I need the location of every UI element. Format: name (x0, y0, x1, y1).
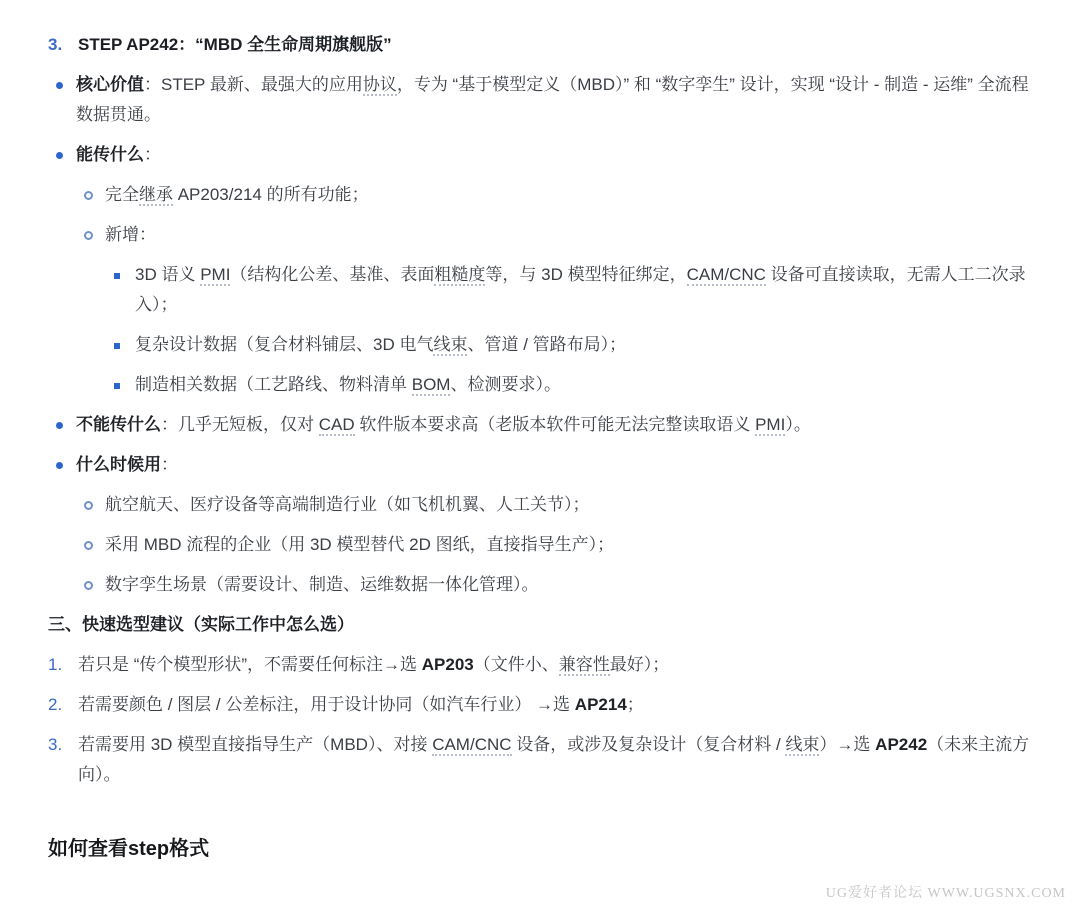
inherit-seg: 完全 (105, 185, 139, 204)
added-text: 新增： (105, 220, 1040, 250)
bullet-cannot-pass: 不能传什么：几乎无短板，仅对 CAD 软件版本要求高（老版本软件可能无法完整读取… (48, 410, 1040, 440)
cannot-pass-seg-dotted: CAD (319, 415, 355, 436)
bullet-dot-icon (56, 152, 63, 159)
heading-text: STEP AP242：“MBD 全生命周期旗舰版” (78, 30, 392, 60)
pmi-seg: 3D 语义 (135, 265, 200, 284)
core-value-seg: ：STEP 最新、最强大的应用 (144, 75, 363, 94)
rec1-seg: 最好）； (610, 655, 670, 674)
heading-quick-selection: 三、快速选型建议（实际工作中怎么选） (48, 610, 1040, 640)
rec3-seg-dotted: CAM/CNC (432, 735, 511, 756)
document-page: 3.STEP AP242：“MBD 全生命周期旗舰版” 核心价值：STEP 最新… (0, 0, 1080, 909)
cannot-pass-text: 不能传什么：几乎无短板，仅对 CAD 软件版本要求高（老版本软件可能无法完整读取… (76, 410, 1040, 440)
sub-sub-bullet-manufacturing: 制造相关数据（工艺路线、物料清单 BOM、检测要求）。 (48, 370, 1040, 400)
bullet-dot-icon (56, 422, 63, 429)
rec2-seg: ； (627, 695, 644, 714)
rec3-seg-bold: AP242 (875, 735, 927, 754)
pmi-seg-dotted: CAM/CNC (687, 265, 766, 286)
cannot-pass-seg-dotted: PMI (755, 415, 785, 436)
recommendation-1-text: 若只是 “传个模型形状”，不需要任何标注→选 AP203（文件小、兼容性最好）； (78, 650, 1040, 680)
rec1-seg: （文件小、 (474, 655, 559, 674)
can-pass-text: 能传什么： (76, 140, 1040, 170)
bullet-dot-icon (56, 462, 63, 469)
pmi-text: 3D 语义 PMI（结构化公差、基准、表面粗糙度等，与 3D 模型特征绑定，CA… (135, 260, 1040, 320)
recommendation-3: 3.若需要用 3D 模型直接指导生产（MBD）、对接 CAM/CNC 设备，或涉… (48, 730, 1040, 790)
rec1-seg: 若只是 “传个模型形状”，不需要任何标注→选 (78, 655, 422, 674)
bullet-when-use: 什么时候用： (48, 450, 1040, 480)
recommendation-2-text: 若需要颜色 / 图层 / 公差标注，用于设计协同（如汽车行业） →选 AP214… (78, 690, 1040, 720)
core-value-text: 核心价值：STEP 最新、最强大的应用协议，专为 “基于模型定义（MBD）” 和… (76, 70, 1040, 130)
inherit-seg: AP203/214 的所有功能； (173, 185, 369, 204)
bullet-square-icon (114, 383, 120, 389)
pmi-seg: （结构化公差、基准、表面 (230, 265, 434, 284)
mfg-seg: 、检测要求）。 (450, 375, 561, 394)
when-use-label: 什么时候用 (76, 455, 161, 474)
bullet-circle-icon (84, 501, 93, 510)
bullet-circle-icon (84, 191, 93, 200)
can-pass-colon: ： (144, 145, 161, 164)
recommendation-3-text: 若需要用 3D 模型直接指导生产（MBD）、对接 CAM/CNC 设备，或涉及复… (78, 730, 1040, 790)
rec3-seg: 设备，或涉及复杂设计（复合材料 / (512, 735, 786, 754)
recommendation-2: 2.若需要颜色 / 图层 / 公差标注，用于设计协同（如汽车行业） →选 AP2… (48, 690, 1040, 720)
inherit-text: 完全继承 AP203/214 的所有功能； (105, 180, 1040, 210)
complex-design-text: 复杂设计数据（复合材料铺层、3D 电气线束、管道 / 管路布局）； (135, 330, 1040, 360)
cannot-pass-seg: ）。 (785, 415, 811, 434)
rec2-seg-bold: AP214 (575, 695, 627, 714)
cannot-pass-seg: 软件版本要求高（老版本软件可能无法完整读取语义 (355, 415, 755, 434)
complex-seg: 、管道 / 管路布局）； (467, 335, 626, 354)
digital-twin-text: 数字孪生场景（需要设计、制造、运维数据一体化管理）。 (105, 570, 1040, 600)
rec3-seg-dotted: 线束 (785, 735, 819, 756)
mbd-enterprise-text: 采用 MBD 流程的企业（用 3D 模型替代 2D 图纸，直接指导生产）； (105, 530, 1040, 560)
heading-how-to-view-step: 如何查看step格式 (48, 834, 1040, 864)
sub-bullet-digital-twin: 数字孪生场景（需要设计、制造、运维数据一体化管理）。 (48, 570, 1040, 600)
list-number: 3. (48, 730, 78, 790)
sub-sub-bullet-complex-design: 复杂设计数据（复合材料铺层、3D 电气线束、管道 / 管路布局）； (48, 330, 1040, 360)
pmi-seg-dotted: 粗糙度 (434, 265, 485, 286)
recommendation-1: 1.若只是 “传个模型形状”，不需要任何标注→选 AP203（文件小、兼容性最好… (48, 650, 1040, 680)
rec1-seg-dotted: 兼容性 (559, 655, 610, 676)
sub-sub-bullet-pmi: 3D 语义 PMI（结构化公差、基准、表面粗糙度等，与 3D 模型特征绑定，CA… (48, 260, 1040, 320)
pmi-seg: 等，与 3D 模型特征绑定， (485, 265, 686, 284)
rec3-seg: ）→选 (819, 735, 875, 754)
bullet-dot-icon (56, 82, 63, 89)
complex-seg: 复杂设计数据（复合材料铺层、3D 电气 (135, 335, 433, 354)
sub-bullet-added: 新增： (48, 220, 1040, 250)
complex-seg-dotted: 线束 (433, 335, 467, 356)
manufacturing-text: 制造相关数据（工艺路线、物料清单 BOM、检测要求）。 (135, 370, 1040, 400)
when-use-colon: ： (161, 455, 178, 474)
list-number: 1. (48, 650, 78, 680)
sub-bullet-mbd-enterprise: 采用 MBD 流程的企业（用 3D 模型替代 2D 图纸，直接指导生产）； (48, 530, 1040, 560)
core-value-seg-dotted: 协议 (363, 75, 397, 96)
rec3-seg: 若需要用 3D 模型直接指导生产（MBD）、对接 (78, 735, 432, 754)
sub-bullet-inherit: 完全继承 AP203/214 的所有功能； (48, 180, 1040, 210)
inherit-seg-dotted: 继承 (139, 185, 173, 206)
sub-bullet-aerospace: 航空航天、医疗设备等高端制造行业（如飞机机翼、人工关节）； (48, 490, 1040, 520)
mfg-seg-dotted: BOM (412, 375, 451, 396)
bullet-square-icon (114, 273, 120, 279)
bullet-circle-icon (84, 541, 93, 550)
document-content: 3.STEP AP242：“MBD 全生命周期旗舰版” 核心价值：STEP 最新… (48, 30, 1040, 874)
bullet-core-value: 核心价值：STEP 最新、最强大的应用协议，专为 “基于模型定义（MBD）” 和… (48, 70, 1040, 130)
list-number: 2. (48, 690, 78, 720)
cannot-pass-label: 不能传什么 (76, 415, 161, 434)
bullet-can-pass: 能传什么： (48, 140, 1040, 170)
pmi-seg-dotted: PMI (200, 265, 230, 286)
core-value-label: 核心价值 (76, 75, 144, 94)
aerospace-text: 航空航天、医疗设备等高端制造行业（如飞机机翼、人工关节）； (105, 490, 1040, 520)
bullet-square-icon (114, 343, 120, 349)
heading-number: 3. (48, 30, 78, 60)
cannot-pass-seg: ：几乎无短板，仅对 (161, 415, 319, 434)
mfg-seg: 制造相关数据（工艺路线、物料清单 (135, 375, 412, 394)
can-pass-label: 能传什么 (76, 145, 144, 164)
bullet-circle-icon (84, 581, 93, 590)
rec2-seg: 若需要颜色 / 图层 / 公差标注，用于设计协同（如汽车行业） →选 (78, 695, 575, 714)
rec1-seg-bold: AP203 (422, 655, 474, 674)
bullet-circle-icon (84, 231, 93, 240)
heading-step-ap242: 3.STEP AP242：“MBD 全生命周期旗舰版” (48, 30, 1040, 60)
when-use-text: 什么时候用： (76, 450, 1040, 480)
watermark-text: UG爱好者论坛 WWW.UGSNX.COM (826, 882, 1066, 902)
